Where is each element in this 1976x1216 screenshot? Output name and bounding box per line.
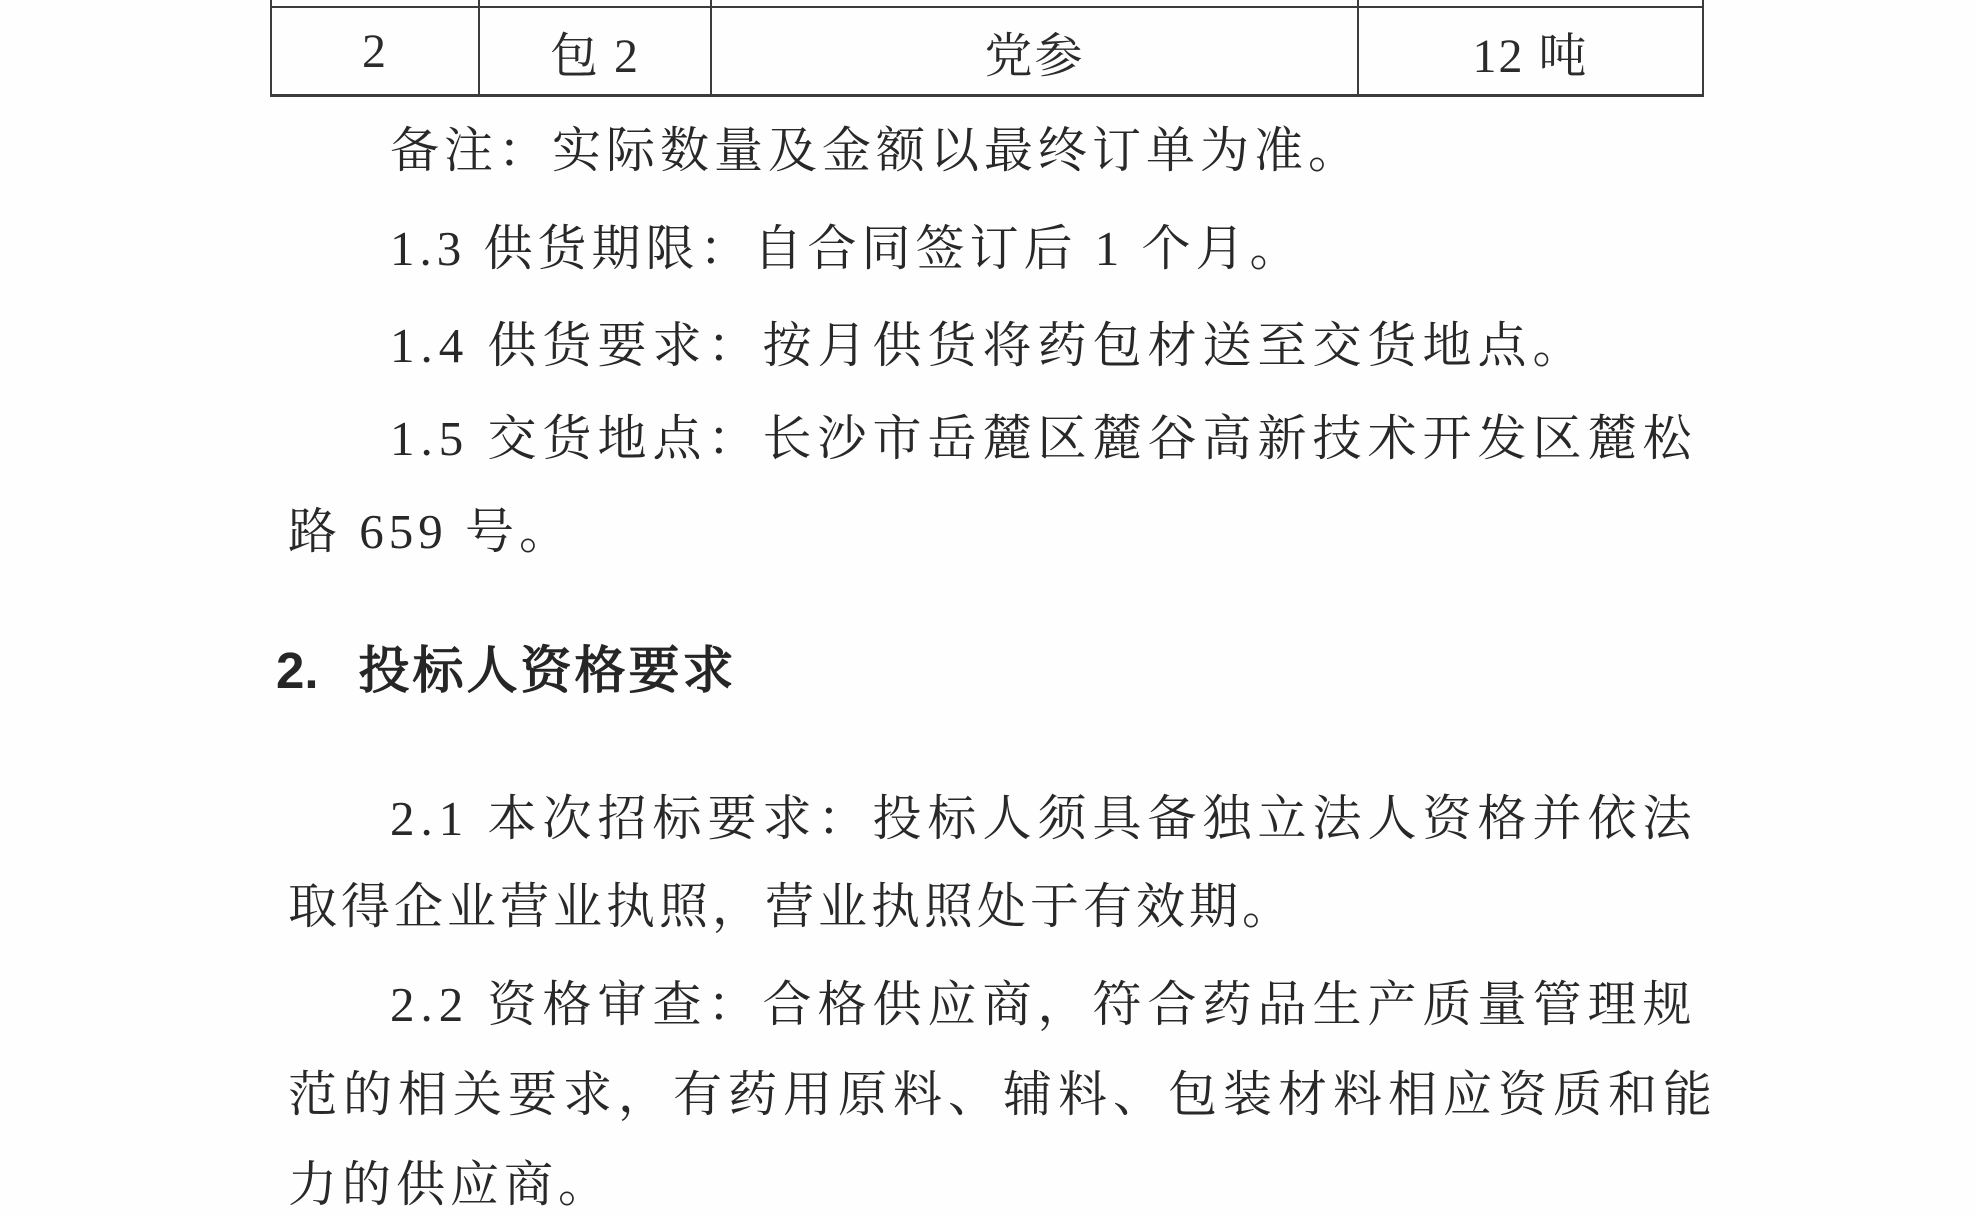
table-cell-quantity: 12 吨 (1358, 7, 1703, 96)
note-line: 备注：实际数量及金额以最终订单为准。 (390, 122, 1362, 180)
table-stub-cell (479, 0, 711, 7)
clause-1-5-line2: 路 659 号。 (288, 503, 573, 561)
clause-2-2-line3: 力的供应商。 (288, 1156, 612, 1214)
clause-2-1-line2: 取得企业营业执照，营业执照处于有效期。 (288, 878, 1295, 936)
clause-2-2-line2: 范的相关要求，有药用原料、辅料、包装材料相应资质和能 (288, 1066, 1718, 1124)
section-2-number: 2. (276, 640, 319, 702)
table-row: 2 包 2 党参 12 吨 (271, 7, 1703, 96)
clause-1-5-line1: 1.5 交货地点：长沙市岳麓区麓谷高新技术开发区麓松 (390, 410, 1698, 468)
lots-table: 2 包 2 党参 12 吨 (270, 0, 1704, 97)
document-page: 2 包 2 党参 12 吨 备注：实际数量及金额以最终订单为准。 1.3 供货期… (0, 0, 1976, 1216)
clause-1-3: 1.3 供货期限：自合同签订后 1 个月。 (390, 220, 1304, 278)
table-stub-cell (271, 0, 479, 7)
section-2-heading: 2.投标人资格要求 (276, 640, 737, 702)
table-row-clipped (271, 0, 1703, 7)
table-stub-cell (711, 0, 1358, 7)
clause-1-4: 1.4 供货要求：按月供货将药包材送至交货地点。 (390, 317, 1588, 375)
clause-2-2-line1: 2.2 资格审查：合格供应商，符合药品生产质量管理规 (390, 976, 1698, 1034)
table-cell-seq: 2 (271, 7, 479, 96)
table-cell-package: 包 2 (479, 7, 711, 96)
table-stub-cell (1358, 0, 1703, 7)
table-cell-item: 党参 (711, 7, 1358, 96)
clause-2-1-line1: 2.1 本次招标要求：投标人须具备独立法人资格并依法 (390, 790, 1698, 848)
section-2-title: 投标人资格要求 (359, 642, 737, 699)
